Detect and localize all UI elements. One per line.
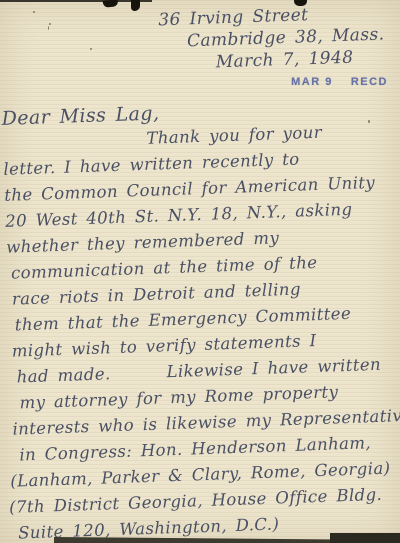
paper-speck	[90, 48, 92, 50]
received-stamp: MAR 9RECD	[291, 76, 388, 88]
paper-speck	[48, 26, 49, 30]
scan-edge-top	[0, 0, 152, 2]
paper-speck	[49, 23, 51, 25]
stamp-mark: RECD	[351, 76, 388, 88]
stamp-date: MAR 9	[291, 76, 333, 88]
paper-speck	[308, 499, 310, 501]
paper-speck	[368, 120, 370, 123]
letter-paper: 36 Irving Street Cambridge 38, Mass. Mar…	[0, 0, 400, 543]
paper-speck	[33, 11, 35, 13]
letter-line-part: Likewise I have written	[166, 355, 381, 381]
letter-line-part: had made.	[16, 364, 111, 386]
scan-edge-bottom-right	[330, 533, 400, 543]
